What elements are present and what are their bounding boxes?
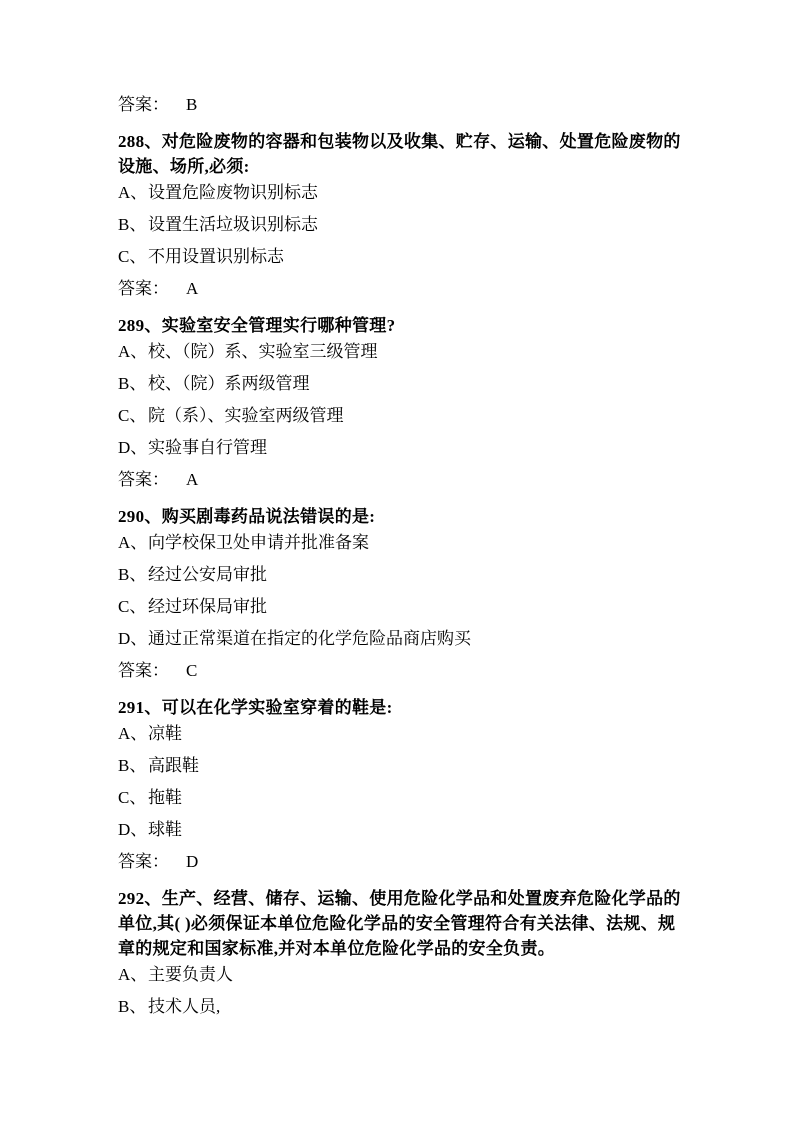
answer-line: 答案：B xyxy=(118,95,683,115)
option-row: D、通过正常渠道在指定的化学危险品商店购买 xyxy=(118,629,683,649)
answer-value: B xyxy=(186,95,197,115)
option-text: 高跟鞋 xyxy=(148,756,199,775)
option-row: D、实验事自行管理 xyxy=(118,438,683,458)
option-letter: A、 xyxy=(118,724,148,744)
answer-line: 答案：A xyxy=(118,279,683,299)
option-text: 经过公安局审批 xyxy=(148,565,267,584)
option-text: 实验事自行管理 xyxy=(148,438,267,457)
answer-line: 答案：D xyxy=(118,852,683,872)
option-letter: C、 xyxy=(118,406,148,426)
option-text: 向学校保卫处申请并批准备案 xyxy=(148,533,369,552)
option-row: C、拖鞋 xyxy=(118,788,683,808)
option-row: B、设置生活垃圾识别标志 xyxy=(118,215,683,235)
option-row: B、经过公安局审批 xyxy=(118,565,683,585)
option-row: A、凉鞋 xyxy=(118,724,683,744)
answer-line: 答案：C xyxy=(118,661,683,681)
option-text: 拖鞋 xyxy=(148,788,182,807)
answer-line: 答案：A xyxy=(118,470,683,490)
question-288-text: 288、对危险废物的容器和包装物以及收集、贮存、运输、处置危险废物的设施、场所,… xyxy=(118,129,683,179)
option-row: B、技术人员, xyxy=(118,997,683,1017)
option-row: A、设置危险废物识别标志 xyxy=(118,183,683,203)
option-letter: B、 xyxy=(118,215,148,235)
document-content: 答案：B 288、对危险废物的容器和包装物以及收集、贮存、运输、处置危险废物的设… xyxy=(118,95,683,1017)
option-row: A、校、（院）系、实验室三级管理 xyxy=(118,342,683,362)
option-letter: A、 xyxy=(118,965,148,985)
option-letter: A、 xyxy=(118,342,148,362)
option-text: 设置危险废物识别标志 xyxy=(148,183,318,202)
answer-value: C xyxy=(186,661,197,681)
answer-value: A xyxy=(186,470,198,490)
option-text: 不用设置识别标志 xyxy=(148,247,284,266)
option-letter: C、 xyxy=(118,247,148,267)
answer-label: 答案： xyxy=(118,852,169,872)
option-text: 设置生活垃圾识别标志 xyxy=(148,215,318,234)
option-letter: C、 xyxy=(118,788,148,808)
option-text: 球鞋 xyxy=(148,820,182,839)
question-292-text: 292、生产、经营、储存、运输、使用危险化学品和处置废弃危险化学品的单位,其( … xyxy=(118,886,683,961)
document-page: 答案：B 288、对危险废物的容器和包装物以及收集、贮存、运输、处置危险废物的设… xyxy=(0,0,793,1122)
option-letter: B、 xyxy=(118,565,148,585)
answer-label: 答案： xyxy=(118,661,169,681)
option-row: C、院（系）、实验室两级管理 xyxy=(118,406,683,426)
option-text: 凉鞋 xyxy=(148,724,182,743)
question-289-text: 289、实验室安全管理实行哪种管理? xyxy=(118,313,683,338)
answer-label: 答案： xyxy=(118,95,169,115)
option-text: 经过环保局审批 xyxy=(148,597,267,616)
option-letter: A、 xyxy=(118,533,148,553)
option-letter: B、 xyxy=(118,374,148,394)
option-letter: D、 xyxy=(118,629,148,649)
option-letter: B、 xyxy=(118,997,148,1017)
option-letter: A、 xyxy=(118,183,148,203)
option-text: 主要负责人 xyxy=(148,965,233,984)
option-text: 院（系）、实验室两级管理 xyxy=(148,406,344,425)
option-letter: D、 xyxy=(118,820,148,840)
answer-value: D xyxy=(186,852,198,872)
question-290-text: 290、购买剧毒药品说法错误的是: xyxy=(118,504,683,529)
option-row: B、校、（院）系两级管理 xyxy=(118,374,683,394)
option-letter: C、 xyxy=(118,597,148,617)
option-text: 校、（院）系两级管理 xyxy=(148,374,310,393)
answer-value: A xyxy=(186,279,198,299)
option-row: A、主要负责人 xyxy=(118,965,683,985)
option-letter: D、 xyxy=(118,438,148,458)
option-row: B、高跟鞋 xyxy=(118,756,683,776)
answer-label: 答案： xyxy=(118,279,169,299)
option-row: C、经过环保局审批 xyxy=(118,597,683,617)
option-text: 校、（院）系、实验室三级管理 xyxy=(148,342,378,361)
question-291-text: 291、可以在化学实验室穿着的鞋是: xyxy=(118,695,683,720)
option-letter: B、 xyxy=(118,756,148,776)
option-text: 技术人员, xyxy=(148,997,220,1016)
option-text: 通过正常渠道在指定的化学危险品商店购买 xyxy=(148,629,471,648)
option-row: A、向学校保卫处申请并批准备案 xyxy=(118,533,683,553)
answer-label: 答案： xyxy=(118,470,169,490)
option-row: C、不用设置识别标志 xyxy=(118,247,683,267)
option-row: D、球鞋 xyxy=(118,820,683,840)
